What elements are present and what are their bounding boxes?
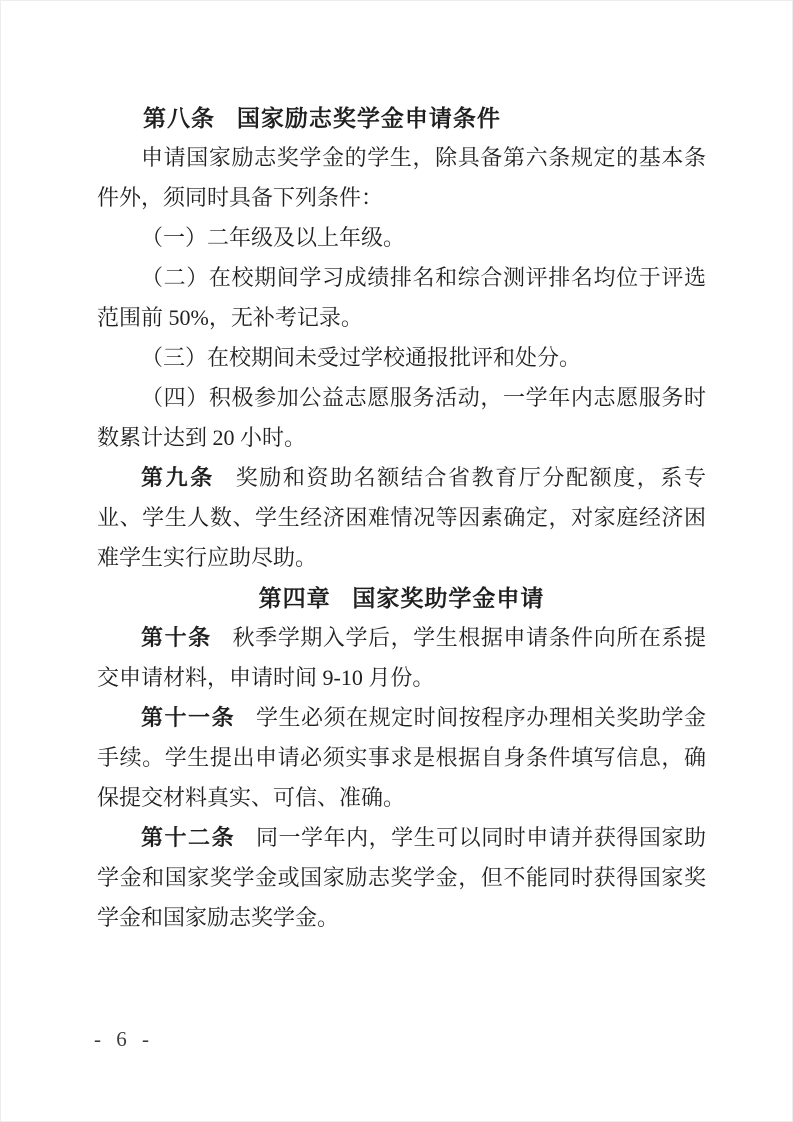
page-footer: - 6 - — [94, 1027, 154, 1051]
chapter-number: 第四章 — [259, 585, 331, 611]
article-title: 国家励志奖学金申请条件 — [237, 105, 501, 131]
paragraph-text: （三）在校期间未受过学校通报批评和处分。 — [141, 345, 581, 370]
article-number: 第十二条 — [141, 825, 235, 850]
paragraph-text: （一）二年级及以上年级。 — [141, 225, 405, 250]
paragraph-text: 申请国家励志奖学金的学生，除具备第六条规定的基本条件外，须同时具备下列条件： — [97, 145, 706, 210]
paragraph-text: （四）积极参加公益志愿服务活动，一学年内志愿服务时数累计达到 20 小时。 — [97, 385, 706, 450]
article-number: 第九条 — [141, 465, 215, 490]
article-paragraph-9: 第九条奖励和资助名额结合省教育厅分配额度，系专业、学生人数、学生经济困难情况等因… — [97, 458, 706, 578]
chapter-heading-4: 第四章国家奖助学金申请 — [97, 578, 706, 618]
article-number: 第八条 — [143, 105, 215, 131]
article-number: 第十一条 — [141, 705, 235, 730]
body-paragraph: 申请国家励志奖学金的学生，除具备第六条规定的基本条件外，须同时具备下列条件： — [97, 138, 706, 218]
article-number: 第十条 — [141, 625, 212, 650]
list-item-paragraph-2: （二）在校期间学习成绩排名和综合测评排名均位于评选范围前 50%，无补考记录。 — [97, 258, 706, 338]
paragraph-text: （二）在校期间学习成绩排名和综合测评排名均位于评选范围前 50%，无补考记录。 — [97, 265, 706, 330]
list-item-paragraph-4: （四）积极参加公益志愿服务活动，一学年内志愿服务时数累计达到 20 小时。 — [97, 378, 706, 458]
page-number: - 6 - — [94, 1027, 154, 1051]
document-content: 第八条国家励志奖学金申请条件 申请国家励志奖学金的学生，除具备第六条规定的基本条… — [97, 98, 706, 938]
document-page: { "page": { "background_color": "#ffffff… — [0, 0, 793, 1122]
chapter-title: 国家奖助学金申请 — [352, 585, 544, 611]
article-heading-8: 第八条国家励志奖学金申请条件 — [97, 98, 706, 138]
list-item-paragraph-3: （三）在校期间未受过学校通报批评和处分。 — [97, 338, 706, 378]
article-paragraph-11: 第十一条学生必须在规定时间按程序办理相关奖助学金手续。学生提出申请必须实事求是根… — [97, 698, 706, 818]
article-paragraph-10: 第十条秋季学期入学后，学生根据申请条件向所在系提交申请材料，申请时间 9-10 … — [97, 618, 706, 698]
article-paragraph-12: 第十二条同一学年内，学生可以同时申请并获得国家助学金和国家奖学金或国家励志奖学金… — [97, 818, 706, 938]
list-item-paragraph-1: （一）二年级及以上年级。 — [97, 218, 706, 258]
